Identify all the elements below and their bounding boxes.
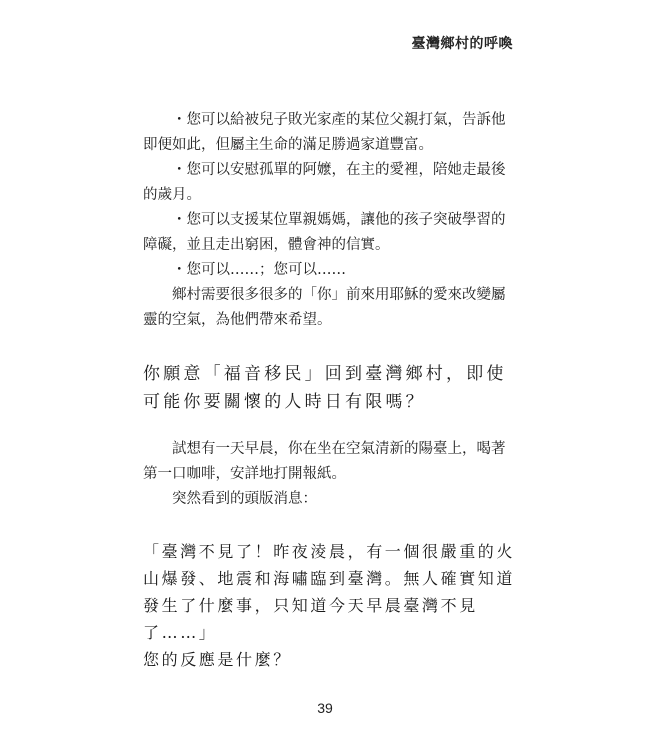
quote-text: 「臺灣不見了！昨夜淩晨，有一個很嚴重的火山爆發、地震和海嘯臨到臺灣。無人確實知道…: [143, 538, 523, 646]
scenario-paragraph: 試想有一天早晨，你在坐在空氣清新的陽臺上，喝著第一口咖啡，安詳地打開報紙。: [143, 437, 515, 487]
bullet-paragraph-2: ・您可以安慰孤單的阿嬤，在主的愛裡，陪她走最後的歲月。: [143, 158, 515, 208]
section-2-body: 試想有一天早晨，你在坐在空氣清新的陽臺上，喝著第一口咖啡，安詳地打開報紙。 突然…: [143, 437, 515, 512]
closing-paragraph: 鄉村需要很多很多的「你」前來用耶穌的愛來改變屬靈的空氣，為他們帶來希望。: [143, 283, 515, 333]
bullet-paragraph-4: ・您可以……；您可以……: [143, 258, 515, 283]
bullet-paragraph-1: ・您可以給被兒子敗光家產的某位父親打氣，告訴他即便如此，但屬主生命的滿足勝過家道…: [143, 108, 515, 158]
headline-quote: 「臺灣不見了！昨夜淩晨，有一個很嚴重的火山爆發、地震和海嘯臨到臺灣。無人確實知道…: [143, 538, 523, 673]
running-head: 臺灣鄉村的呼喚: [412, 33, 514, 53]
quote-question: 您的反應是什麼？: [143, 646, 523, 673]
section-heading: 你願意「福音移民」回到臺灣鄉村，即使可能你要關懷的人時日有限嗎？: [143, 360, 523, 416]
page-number: 39: [0, 700, 650, 716]
bullet-paragraph-3: ・您可以支援某位單親媽媽，讓他的孩子突破學習的障礙，並且走出窮困，體會神的信實。: [143, 208, 515, 258]
headline-intro-paragraph: 突然看到的頭版消息：: [143, 487, 515, 512]
section-1-body: ・您可以給被兒子敗光家產的某位父親打氣，告訴他即便如此，但屬主生命的滿足勝過家道…: [143, 108, 515, 333]
book-page: 臺灣鄉村的呼喚 ・您可以給被兒子敗光家產的某位父親打氣，告訴他即便如此，但屬主生…: [0, 0, 650, 750]
